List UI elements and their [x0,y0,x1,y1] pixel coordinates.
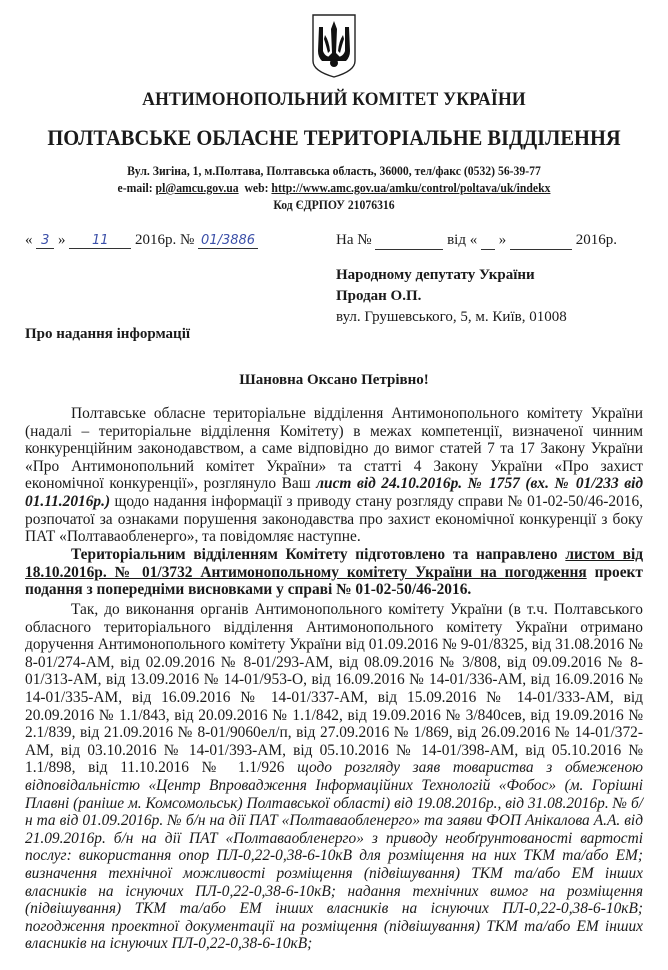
paragraph-1-text-end: щодо надання інформації з приводу стану … [25,493,643,545]
quote-open: « [25,232,33,248]
reference-line: На № від « » 2016р. [336,232,617,250]
outgoing-month: 11 [69,233,131,249]
recipient-block: Народному депутату України Продан О.П. в… [336,265,567,328]
outgoing-day: 3 [36,233,54,249]
email-link[interactable]: pl@amcu.gov.ua [156,180,239,195]
recipient-name: Продан О.П. [336,286,567,307]
web-label: web: [244,180,268,195]
reference-from-label: від « [447,232,477,248]
quote-close: » [58,232,66,248]
outgoing-date-number: « 3 » 11 2016р. № 01/3886 [25,232,258,249]
email-label: e-mail: [118,180,153,195]
branch-name: ПОЛТАВСЬКЕ ОБЛАСНЕ ТЕРИТОРІАЛЬНЕ ВІДДІЛЕ… [23,125,644,151]
edrpou-code: Код ЄДРПОУ 21076316 [33,197,634,213]
outgoing-number: 01/3886 [198,233,258,249]
greeting: Шановна Оксано Петрівно! [0,372,668,389]
organization-name: АНТИМОНОПОЛЬНИЙ КОМІТЕТ УКРАЇНИ [23,89,644,111]
paragraph-1: Полтавське обласне територіальне відділе… [25,405,643,546]
paragraph-3-text: Так, до виконання органів Антимонопольно… [25,601,643,776]
reference-prefix: На № [336,232,372,248]
recipient-title: Народному депутату України [336,265,567,286]
reference-year: 2016р. [576,232,617,248]
letter-page: АНТИМОНОПОЛЬНИЙ КОМІТЕТ УКРАЇНИ ПОЛТАВСЬ… [0,0,668,970]
paragraph-2-text: Територіальним відділенням Комітету підг… [71,546,565,563]
reference-close: » [499,232,507,248]
paragraph-3: Так, до виконання органів Антимонопольно… [25,601,643,953]
paragraph-3-italic: щодо розгляду заяв товариства з обмежено… [25,759,643,952]
paragraph-2: Територіальним відділенням Комітету підг… [25,546,643,599]
postal-address: Вул. Зигіна, 1, м.Полтава, Полтавська об… [33,163,634,179]
web-link[interactable]: http://www.amc.gov.ua/amku/control/polta… [271,180,550,195]
coat-of-arms-icon [311,13,357,79]
recipient-address: вул. Грушевського, 5, м. Київ, 01008 [336,307,567,328]
contacts-line: e-mail: pl@amcu.gov.ua web: http://www.a… [33,180,634,196]
outgoing-year: 2016р. № [135,232,194,248]
letter-subject: Про надання інформації [25,326,190,343]
